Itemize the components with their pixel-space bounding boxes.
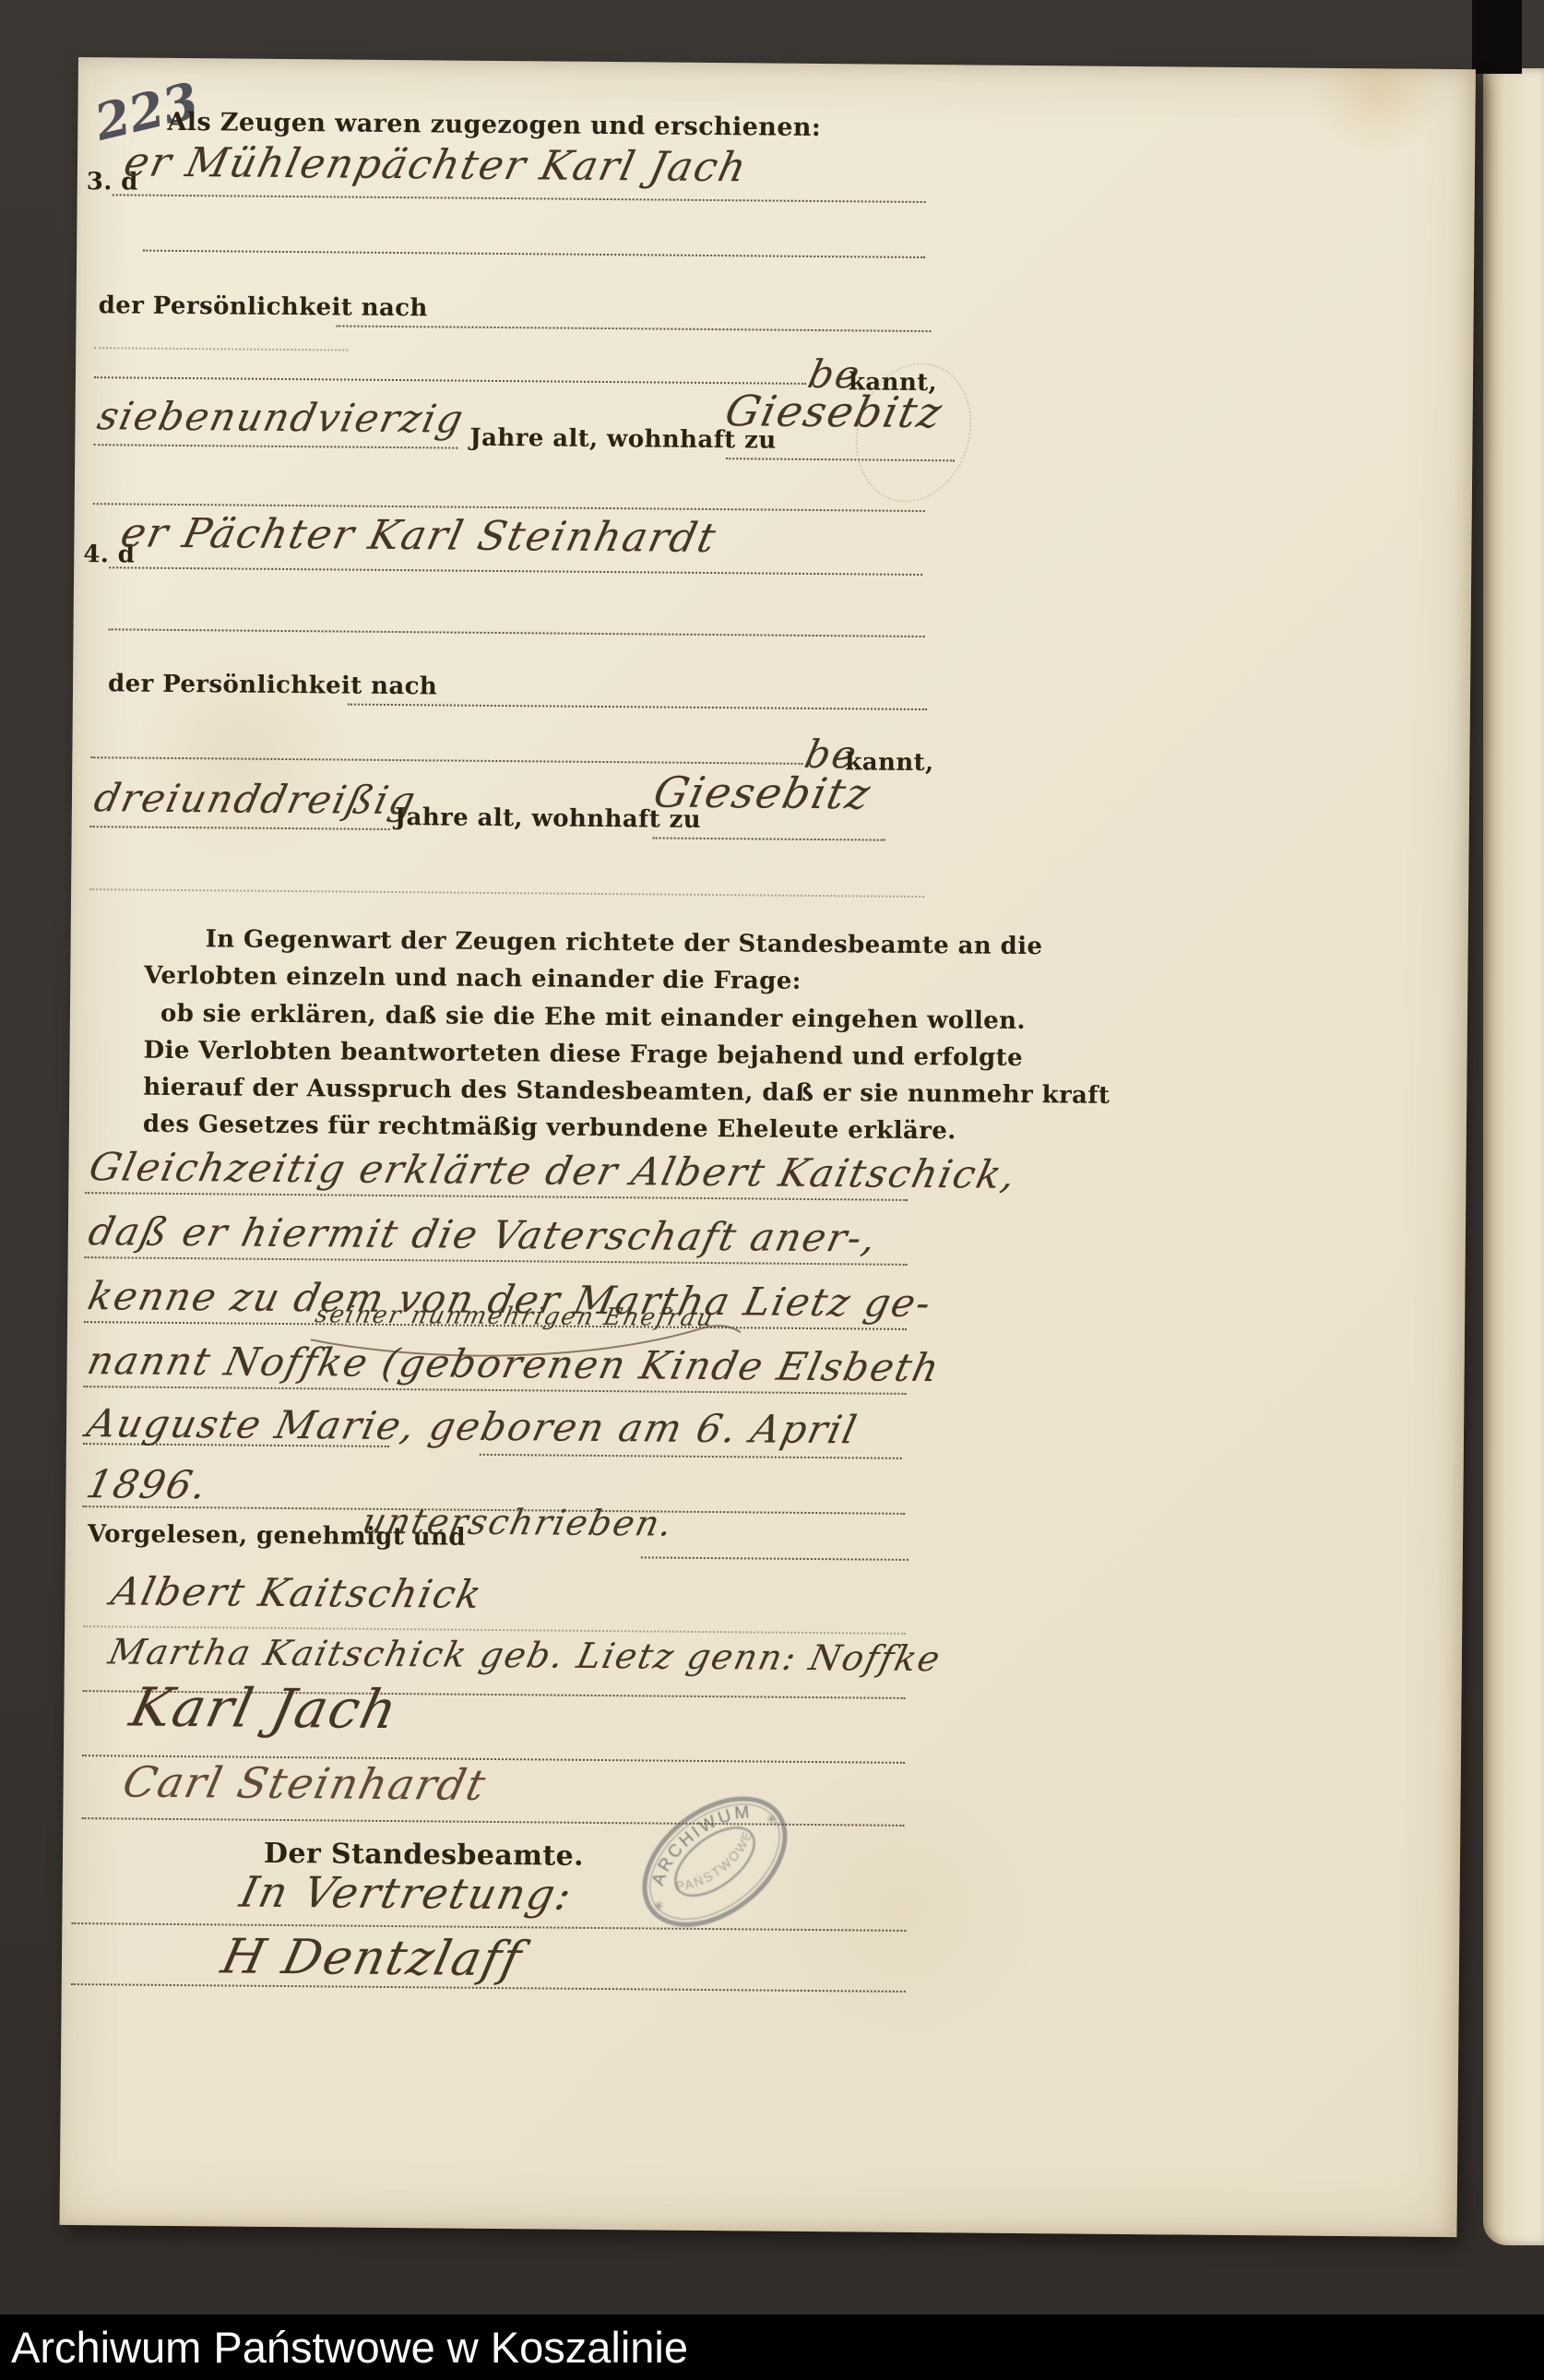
ruled-line [94,347,348,351]
ruled-line [90,756,802,765]
ruled-line [109,628,925,637]
registrar-signature: H Dentzlaff [217,1930,529,1988]
declaration-line: des Gesetzes für rechtmäßig verbundene E… [143,1111,956,1146]
next-page-edge [1483,68,1544,2245]
declaration-line: hierauf der Ausspruch des Standesbeamten… [143,1074,1110,1110]
ruled-line [480,1454,902,1459]
statement-line: daß er hiermit die Vaterschaft aner-, [85,1208,883,1260]
deputy-note: In Vertretung: [235,1867,577,1920]
declaration-line: Die Verlobten beantworteten diese Frage … [143,1037,1023,1072]
witness3-age: siebenundvierzig [93,393,469,441]
archive-bar: Archiwum Państwowe w Koszalinie [0,2315,1544,2380]
witness4-name: er Pächter Karl Steinhardt [116,509,721,562]
ruled-line [109,566,922,576]
archive-bar-label: Archiwum Państwowe w Koszalinie [0,2315,1544,2380]
ruled-line [143,250,925,258]
signature-carl-steinhardt: Carl Steinhardt [118,1757,491,1810]
witness4-residence: Giesebitz [649,768,876,819]
page-gap-notch [1472,0,1522,74]
witness4-age: dreiunddreißig [90,775,422,823]
ruled-line [653,837,885,840]
declaration-line: Verlobten einzeln und nach einander die … [144,962,802,995]
witnesses-heading: Als Zeugen waren zugezogen und erschiene… [167,108,821,142]
witness3-identity-label: der Persönlichkeit nach [99,292,428,322]
archive-stamp: ARCHIWUM PAŃSTWOWE ✳ ✳ [626,1787,802,1936]
ruled-line [641,1556,909,1561]
witness4-identity-label: der Persönlichkeit nach [108,670,437,700]
ruled-line [94,376,806,385]
background-mat: 223 Als Zeugen waren zugezogen und ersch… [0,0,1544,2380]
statement-line: nannt Noffke (geborenen Kinde Elsbeth [83,1338,944,1390]
document-page: 223 Als Zeugen waren zugezogen und ersch… [59,57,1475,2237]
closing-handwritten: unterschrieben. [359,1501,678,1544]
ruled-line [89,888,924,898]
statement-line: Gleichzeitig erklärte der Albert Kaitsch… [85,1144,1021,1197]
declaration-line: In Gegenwart der Zeugen richtete der Sta… [206,925,1043,960]
signature-albert-kaitschick: Albert Kaitschick [107,1568,487,1616]
declaration-line: ob sie erklären, daß sie die Ehe mit ein… [160,1000,1026,1035]
signature-karl-jach: Karl Jach [125,1676,404,1741]
ruled-line [93,444,457,448]
witness3-name: er Mühlenpächter Karl Jach [120,138,753,191]
ruled-line [90,826,390,830]
ruled-line [348,704,927,710]
ruled-line [113,194,926,203]
ruled-line [336,325,931,332]
signature-martha-kaitschick: Martha Kaitschick geb. Lietz genn: Noffk… [105,1631,945,1679]
statement-line: 1896. [82,1461,212,1507]
